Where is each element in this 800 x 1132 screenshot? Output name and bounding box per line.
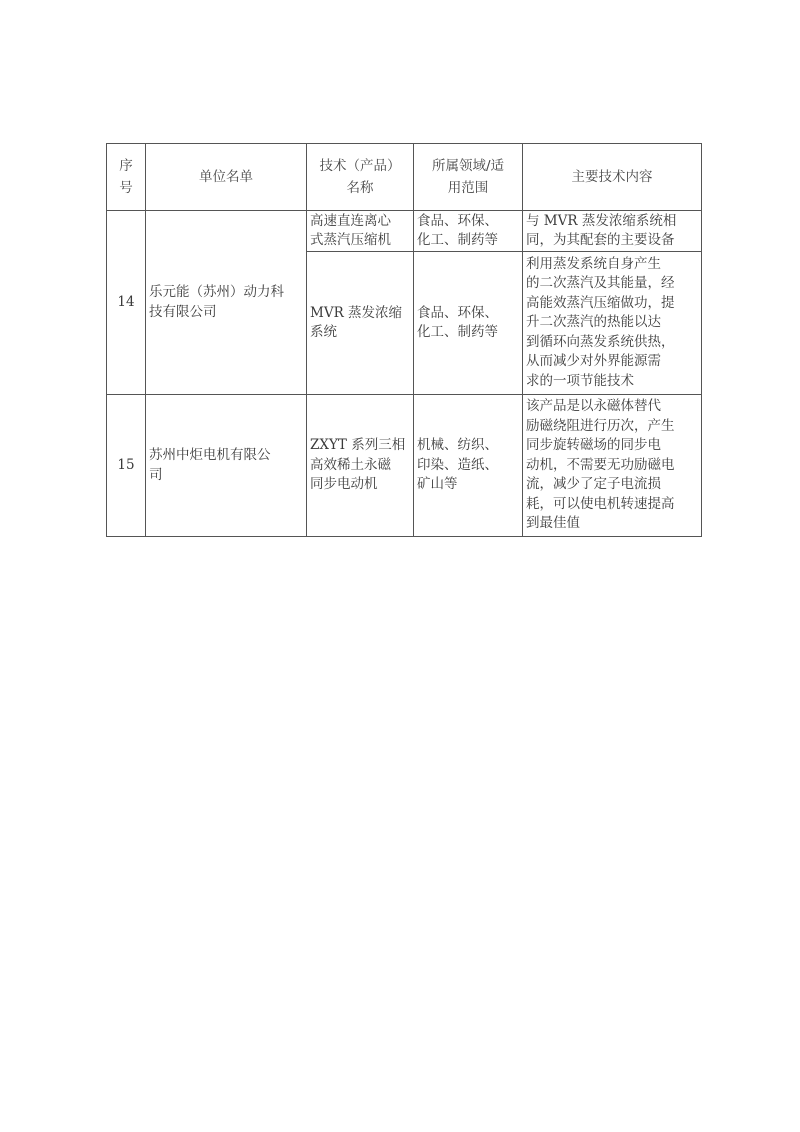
cell-seq: 14 (107, 211, 146, 395)
cell-seq: 15 (107, 395, 146, 537)
table-row: 15 苏州中炬电机有限公 司 ZXYT 系列三相 高效稀土永磁 同步电动机 机械… (107, 395, 702, 537)
cell-company: 乐元能（苏州）动力科 技有限公司 (146, 211, 307, 395)
cell-field: 食品、环保、 化工、制药等 (414, 211, 523, 252)
document-page: 序 号 单位名单 技术（产品） 名称 所属领域/适 用范围 主要技术内容 14 … (0, 0, 800, 1132)
header-seq: 序 号 (107, 144, 146, 211)
cell-product: ZXYT 系列三相 高效稀土永磁 同步电动机 (307, 395, 414, 537)
header-product: 技术（产品） 名称 (307, 144, 414, 211)
table-header-row: 序 号 单位名单 技术（产品） 名称 所属领域/适 用范围 主要技术内容 (107, 144, 702, 211)
cell-content: 该产品是以永磁体替代 励磁绕阻进行历次，产生 同步旋转磁场的同步电 动机，不需要… (523, 395, 702, 537)
technology-table: 序 号 单位名单 技术（产品） 名称 所属领域/适 用范围 主要技术内容 14 … (106, 143, 702, 537)
cell-field: 机械、纺织、 印染、造纸、 矿山等 (414, 395, 523, 537)
cell-content: 与 MVR 蒸发浓缩系统相 同，为其配套的主要设备 (523, 211, 702, 252)
header-content: 主要技术内容 (523, 144, 702, 211)
cell-product: 高速直连离心 式蒸汽压缩机 (307, 211, 414, 252)
header-field: 所属领域/适 用范围 (414, 144, 523, 211)
header-company: 单位名单 (146, 144, 307, 211)
table-row: 14 乐元能（苏州）动力科 技有限公司 高速直连离心 式蒸汽压缩机 食品、环保、… (107, 211, 702, 252)
cell-company: 苏州中炬电机有限公 司 (146, 395, 307, 537)
cell-field: 食品、环保、 化工、制药等 (414, 252, 523, 395)
cell-content: 利用蒸发系统自身产生 的二次蒸汽及其能量，经 高能效蒸汽压缩做功，提 升二次蒸汽… (523, 252, 702, 395)
cell-product: MVR 蒸发浓缩 系统 (307, 252, 414, 395)
